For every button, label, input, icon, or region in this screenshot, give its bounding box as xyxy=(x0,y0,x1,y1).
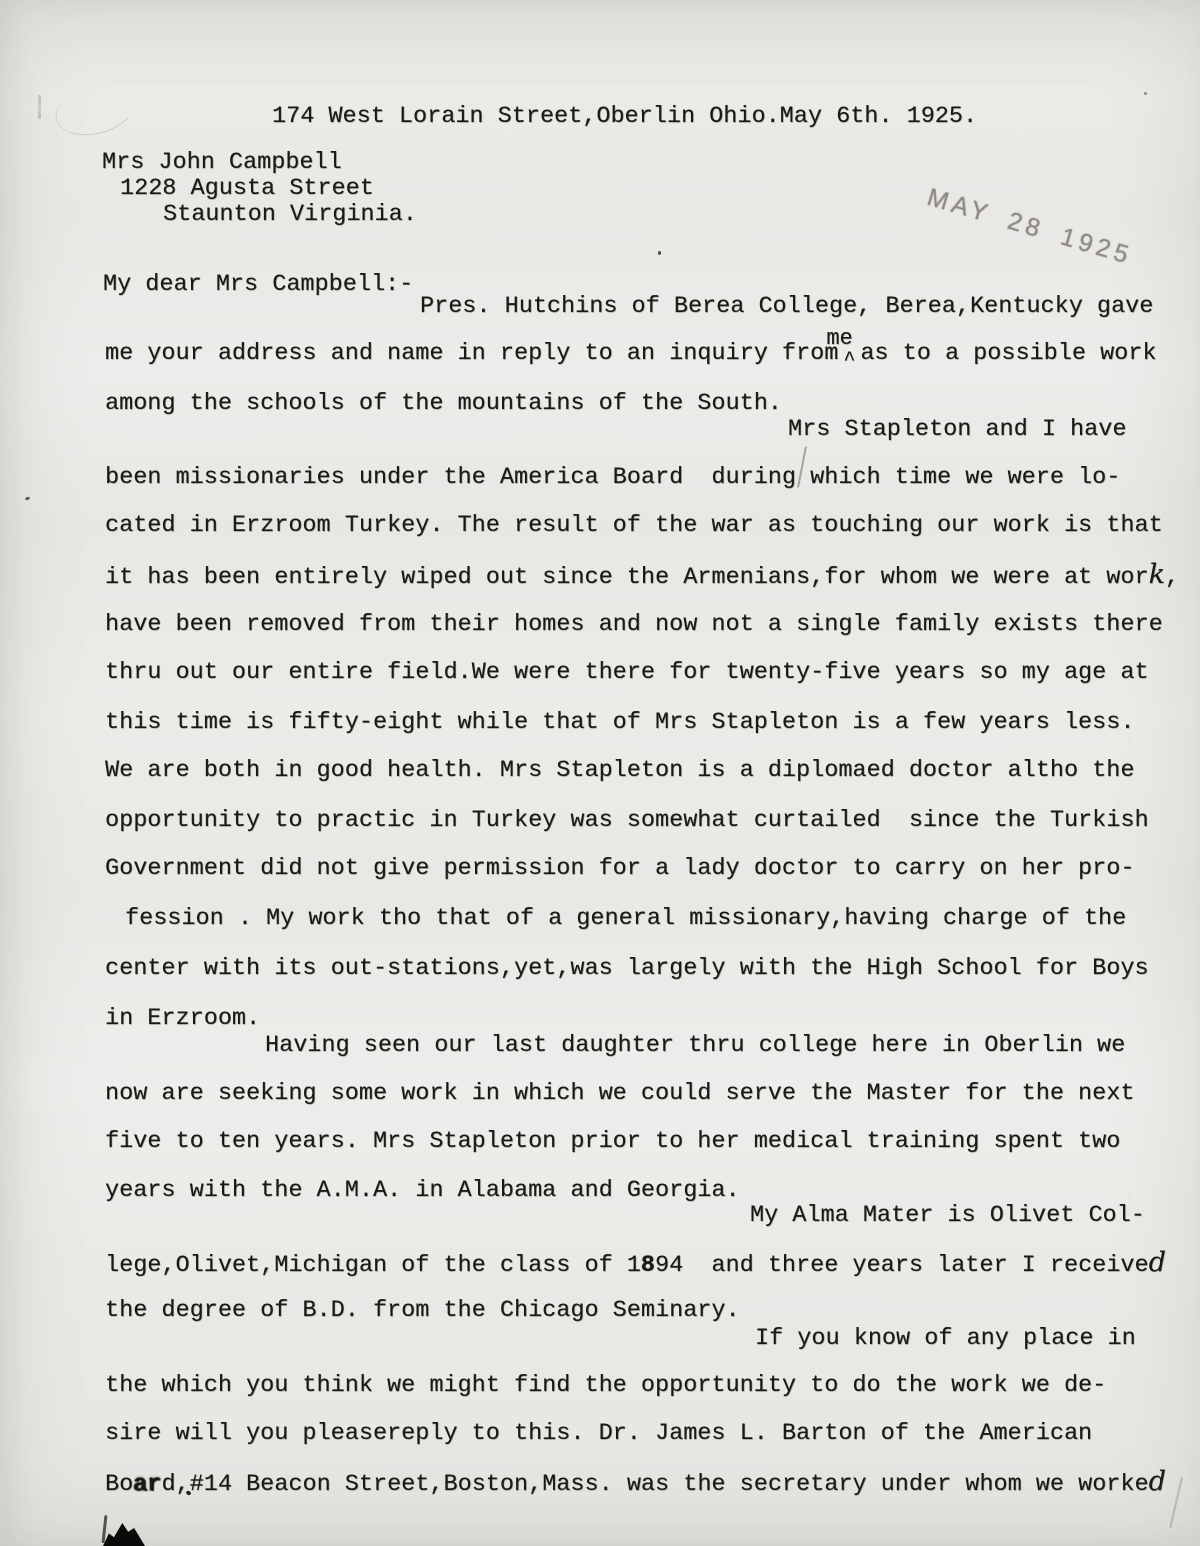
dust-speck xyxy=(1144,92,1147,95)
smudge-text: ar xyxy=(133,1471,161,1498)
letter-line: the which you think we might find the op… xyxy=(105,1373,1106,1399)
letter-line: lege,Olivet,Michigan of the class of 189… xyxy=(105,1250,1166,1279)
letter-line: it has been entirely wiped out since the… xyxy=(105,562,1179,591)
line-text: as to a possible work xyxy=(860,340,1156,367)
letter-line: My dear Mrs Campbell:- xyxy=(103,272,413,298)
script-text: k xyxy=(1149,559,1165,590)
letter-line: Mrs John Campbell xyxy=(102,150,342,176)
letter-line: Staunton Virginia. xyxy=(163,202,417,228)
letter-line: Mrs Stapleton and I have xyxy=(788,417,1126,443)
line-text: it has been entirely wiped out since the… xyxy=(105,564,1149,591)
letter-line: in Erzroom. xyxy=(105,1006,260,1032)
received-date-stamp: MAY 28 1925 xyxy=(924,183,1136,271)
dust-speck xyxy=(25,496,31,501)
paper-crease-bottom-right xyxy=(1169,1477,1182,1528)
line-text: , xyxy=(1165,564,1179,591)
letter-line: opportunity to practic in Turkey was som… xyxy=(105,808,1149,834)
script-text: d xyxy=(1149,1466,1166,1497)
letter-line: now are seeking some work in which we co… xyxy=(105,1081,1134,1107)
letter-line: 174 West Lorain Street,Oberlin Ohio.May … xyxy=(272,104,977,130)
paper-tear-mark xyxy=(103,1523,145,1546)
letter-line: Government did not give permission for a… xyxy=(105,856,1134,882)
letter-line: If you know of any place in xyxy=(755,1326,1136,1352)
line-text: 94 and three years later I receive xyxy=(655,1252,1149,1279)
line-text: d,#14 Beacon Street,Boston,Mass. was the… xyxy=(161,1471,1148,1498)
dust-speck xyxy=(658,251,661,255)
letter-line: among the schools of the mountains of th… xyxy=(105,391,782,417)
letter-line: been missionaries under the America Boar… xyxy=(105,465,1120,491)
letter-line: sire will you pleasereply to this. Dr. J… xyxy=(105,1421,1092,1447)
letter-line: 1228 Agusta Street xyxy=(120,176,374,202)
letter-line: have been removed from their homes and n… xyxy=(105,612,1163,638)
letter-line: the degree of B.D. from the Chicago Semi… xyxy=(105,1298,740,1324)
line-text: me your address and name in reply to an … xyxy=(105,340,838,367)
letter-line: thru out our entire field.We were there … xyxy=(105,660,1149,686)
letter-line: fession . My work tho that of a general … xyxy=(125,906,1126,932)
bold-text: 8 xyxy=(641,1252,655,1279)
letter-line: me your address and name in reply to an … xyxy=(105,341,1156,368)
letter-line: We are both in good health. Mrs Stapleto… xyxy=(105,758,1134,784)
paper-edge-mark xyxy=(38,95,41,119)
letter-line: this time is fifty-eight while that of M… xyxy=(105,710,1134,736)
letter-line: cated in Erzroom Turkey. The result of t… xyxy=(105,513,1163,539)
line-text: lege,Olivet,Michigan of the class of 1 xyxy=(105,1252,641,1279)
letter-line: Board,#14 Beacon Street,Boston,Mass. was… xyxy=(105,1469,1166,1498)
letter-line: five to ten years. Mrs Stapleton prior t… xyxy=(105,1129,1120,1155)
letter-line: My Alma Mater is Olivet Col- xyxy=(750,1203,1145,1229)
letter-line: Pres. Hutchins of Berea College, Berea,K… xyxy=(420,294,1153,320)
line-text: Bo xyxy=(105,1471,133,1498)
paper-crease-mark xyxy=(50,77,139,143)
letter-line: years with the A.M.A. in Alabama and Geo… xyxy=(105,1178,740,1204)
letter-document: MAY 28 1925 174 West Lorain Street,Oberl… xyxy=(0,0,1200,1546)
letter-line: Having seen our last daughter thru colle… xyxy=(265,1033,1125,1059)
insert-caret-text: ^ xyxy=(838,348,860,374)
paper-tear-line xyxy=(102,1515,107,1543)
script-text: d xyxy=(1149,1247,1166,1278)
letter-line: center with its out-stations,yet,was lar… xyxy=(105,956,1149,982)
